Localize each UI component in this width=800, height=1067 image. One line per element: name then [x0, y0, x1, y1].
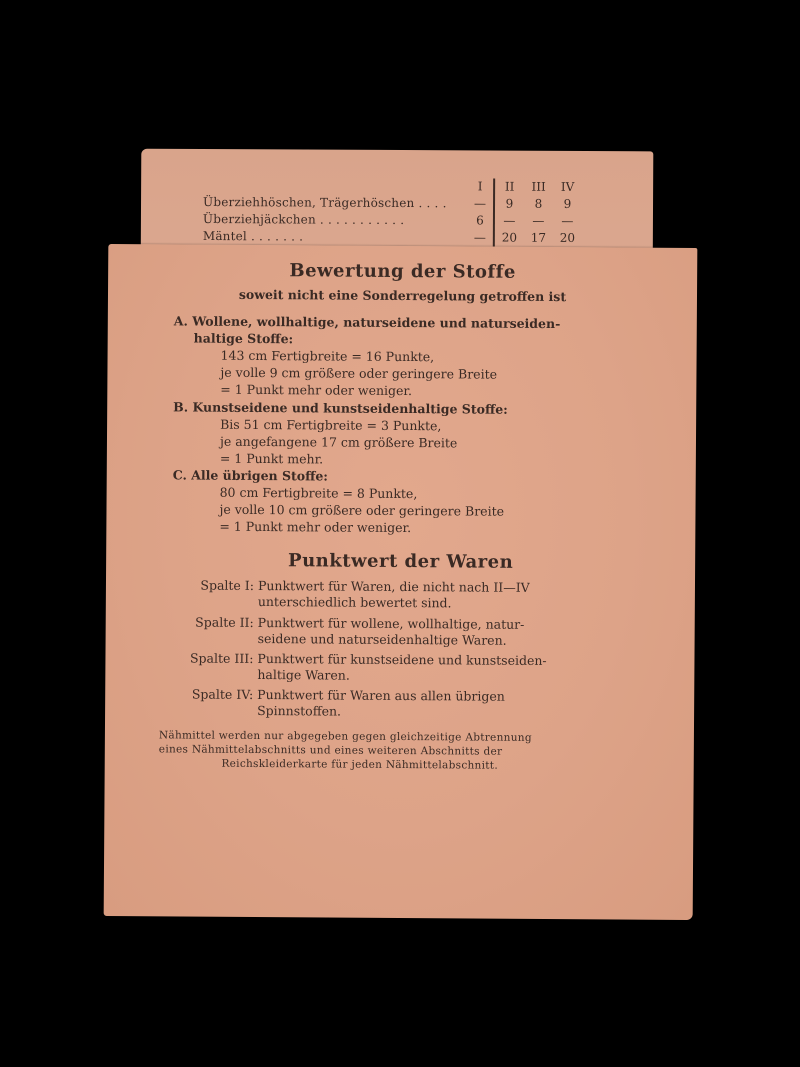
section-letter: A. — [174, 313, 188, 328]
cell: — — [524, 213, 553, 230]
title-goods-points: Punktwert der Waren — [106, 549, 695, 574]
cell: — — [471, 229, 495, 246]
spalte-text: haltige Waren. — [257, 667, 625, 686]
spalte-key: Spalte I: — [166, 577, 258, 594]
column-header: I — [471, 178, 495, 195]
spalte-key: Spalte IV: — [165, 686, 257, 703]
note-line: Reichskleiderkarte für jeden Nähmittelab… — [159, 756, 561, 773]
table-header: I II III IV — [203, 177, 582, 196]
cell: — — [553, 213, 582, 230]
title-fabric-valuation: Bewertung der Stoffe — [108, 259, 697, 284]
table-row: Überziehhöschen, Trägerhöschen . . . . —… — [203, 194, 582, 213]
subtitle: soweit nicht eine Sonderregelung getroff… — [108, 286, 697, 305]
spalte-key: Spalte II: — [166, 614, 258, 631]
cell: 17 — [524, 230, 553, 247]
spalte-text: Spinnstoffen. — [257, 703, 625, 722]
cell: 8 — [524, 196, 553, 213]
section-heading: Alle übrigen Stoffe: — [191, 468, 328, 484]
row-label: Mäntel . . . . . . . — [203, 228, 471, 246]
front-ration-card: Bewertung der Stoffe soweit nicht eine S… — [104, 244, 698, 920]
cell: 20 — [495, 230, 524, 247]
cell: — — [471, 195, 495, 212]
row-label: Überziehhöschen, Trägerhöschen . . . . — [203, 194, 471, 212]
table-row: Überziehjäckchen . . . . . . . . . . . 6… — [203, 211, 582, 230]
column-header: III — [524, 179, 553, 196]
section-c: C. Alle übrigen Stoffe: 80 cm Fertigbrei… — [172, 466, 632, 537]
cell: 9 — [553, 196, 582, 213]
spalte-ii: Spalte II:Punktwert für wollene, wollhal… — [166, 614, 626, 649]
section-b: B. Kunstseidene und kunstseidenhaltige S… — [173, 398, 633, 469]
section-heading: Kunstseidene und kunstseidenhaltige Stof… — [192, 400, 507, 417]
spalte-iii: Spalte III:Punktwert für kunstseidene un… — [165, 650, 625, 685]
section-line: = 1 Punkt mehr oder weniger. — [172, 517, 632, 537]
spalte-text: seidene und naturseidenhaltige Waren. — [258, 631, 626, 650]
section-heading: Wollene, wollhaltige, naturseidene und n… — [192, 314, 560, 332]
cell: 6 — [471, 212, 495, 229]
spalte-iv: Spalte IV:Punktwert für Waren aus allen … — [165, 686, 625, 721]
section-line: = 1 Punkt mehr oder weniger. — [173, 380, 633, 400]
points-table: I II III IV Überziehhöschen, Trägerhösch… — [203, 177, 582, 247]
section-letter: C. — [173, 467, 187, 482]
cell: — — [495, 213, 524, 230]
spalte-key: Spalte III: — [165, 650, 257, 667]
column-header: IV — [553, 179, 582, 196]
cell: 20 — [553, 230, 582, 247]
note-line: eines Nähmittelabschnitts und eines weit… — [159, 742, 561, 759]
row-label: Überziehjäckchen . . . . . . . . . . . — [203, 211, 471, 229]
spalte-i: Spalte I:Punktwert für Waren, die nicht … — [166, 577, 626, 612]
cell: 9 — [495, 196, 524, 213]
column-header: II — [495, 179, 524, 196]
section-letter: B. — [173, 399, 188, 414]
spalte-text: unterschiedlich bewertet sind. — [258, 594, 626, 613]
section-a: A. Wollene, wollhaltige, naturseidene un… — [173, 312, 634, 400]
sewing-supplies-note: Nähmittel werden nur abgegeben gegen gle… — [159, 728, 561, 773]
